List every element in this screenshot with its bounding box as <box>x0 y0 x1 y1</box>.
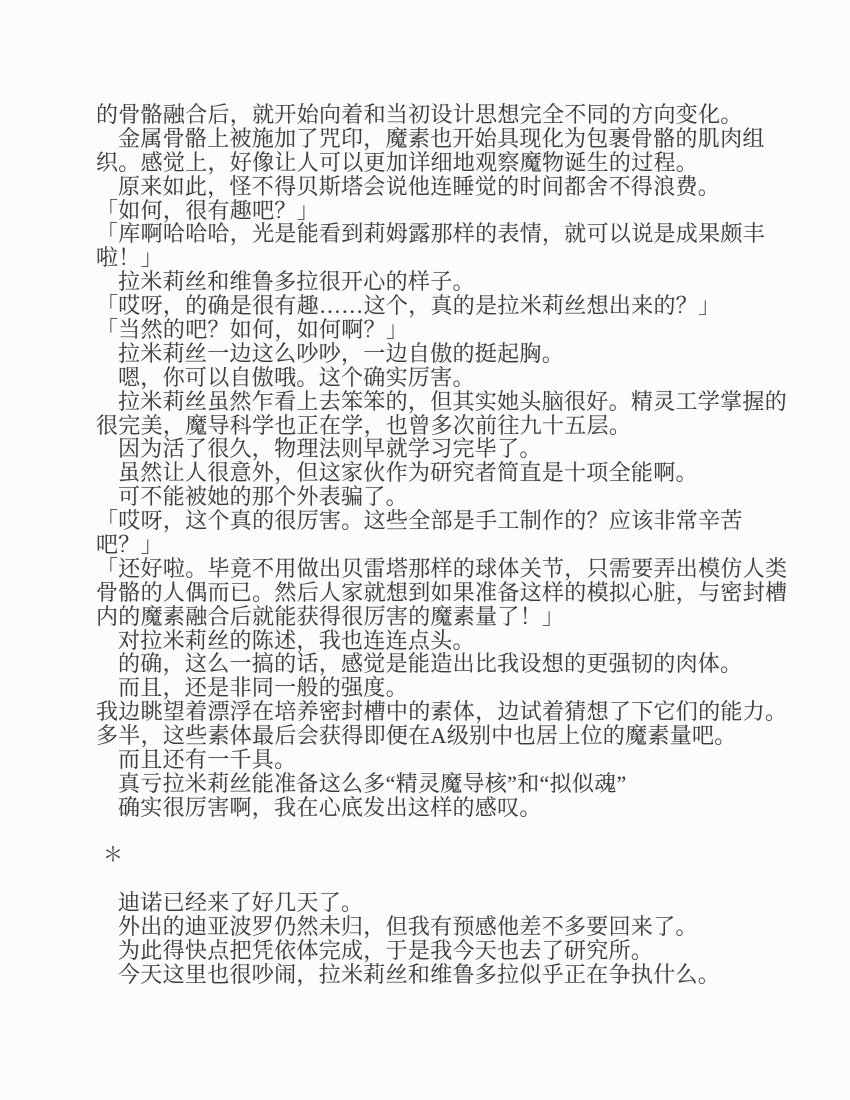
text-line: 对拉米莉丝的陈述，我也连连点头。 <box>96 629 756 653</box>
blank-line <box>96 868 756 892</box>
text-line: 的确，这么一搞的话，感觉是能造出比我设想的更强韧的肉体。 <box>96 652 756 676</box>
text-line: 而且，还是非同一般的强度。 <box>96 676 756 700</box>
text-line: 的骨骼融合后，就开始向着和当初设计思想完全不同的方向变化。 <box>96 103 756 127</box>
text-line: 确实很厉害啊，我在心底发出这样的感叹。 <box>96 796 756 820</box>
text-line: 为此得快点把凭依体完成，于是我今天也去了研究所。 <box>96 939 756 963</box>
text-line: 织。感觉上，好像让人可以更加详细地观察魔物诞生的过程。 <box>96 151 756 175</box>
text-line: 「哎呀，的确是很有趣……这个，真的是拉米莉丝想出来的？」 <box>96 294 756 318</box>
text-line: 真亏拉米莉丝能准备这么多“精灵魔导核”和“拟似魂” <box>96 772 756 796</box>
text-line: 「哎呀，这个真的很厉害。这些全部是手工制作的？应该非常辛苦 <box>96 509 756 533</box>
text-line: 啦！」 <box>96 246 756 270</box>
book-page: 的骨骼融合后，就开始向着和当初设计思想完全不同的方向变化。金属骨骼上被施加了咒印… <box>0 0 850 1100</box>
text-line: 虽然让人很意外，但这家伙作为研究者简直是十项全能啊。 <box>96 461 756 485</box>
text-line: 我边眺望着漂浮在培养密封槽中的素体，边试着猜想了下它们的能力。 <box>96 700 756 724</box>
text-line: 迪诺已经来了好几天了。 <box>96 891 756 915</box>
text-line: 今天这里也很吵闹，拉米莉丝和维鲁多拉似乎正在争执什么。 <box>96 963 756 987</box>
body-text: 的骨骼融合后，就开始向着和当初设计思想完全不同的方向变化。金属骨骼上被施加了咒印… <box>96 103 756 987</box>
blank-line <box>96 820 756 844</box>
text-line: 外出的迪亚波罗仍然未归，但我有预感他差不多要回来了。 <box>96 915 756 939</box>
section-divider: ＊ <box>96 844 756 868</box>
text-line: 「库啊哈哈哈，光是能看到莉姆露那样的表情，就可以说是成果颇丰 <box>96 222 756 246</box>
text-line: 很完美，魔导科学也正在学，也曾多次前往九十五层。 <box>96 414 756 438</box>
text-line: 金属骨骼上被施加了咒印，魔素也开始具现化为包裹骨骼的肌肉组 <box>96 127 756 151</box>
text-line: 而且还有一千具。 <box>96 748 756 772</box>
text-line: 「还好啦。毕竟不用做出贝雷塔那样的球体关节，只需要弄出模仿人类 <box>96 557 756 581</box>
text-line: 因为活了很久，物理法则早就学习完毕了。 <box>96 437 756 461</box>
text-line: 「当然的吧？如何，如何啊？」 <box>96 318 756 342</box>
text-line: 骨骼的人偶而已。然后人家就想到如果准备这样的模拟心脏，与密封槽 <box>96 581 756 605</box>
text-line: 可不能被她的那个外表骗了。 <box>96 485 756 509</box>
text-line: 「如何，很有趣吧？」 <box>96 199 756 223</box>
text-line: 拉米莉丝虽然乍看上去笨笨的，但其实她头脑很好。精灵工学掌握的 <box>96 390 756 414</box>
text-line: 拉米莉丝和维鲁多拉很开心的样子。 <box>96 270 756 294</box>
text-line: 多半，这些素体最后会获得即便在A级别中也居上位的魔素量吧。 <box>96 724 756 748</box>
text-line: 拉米莉丝一边这么吵吵，一边自傲的挺起胸。 <box>96 342 756 366</box>
text-line: 嗯，你可以自傲哦。这个确实厉害。 <box>96 366 756 390</box>
text-line: 内的魔素融合后就能获得很厉害的魔素量了！」 <box>96 605 756 629</box>
text-line: 吧？」 <box>96 533 756 557</box>
text-line: 原来如此，怪不得贝斯塔会说他连睡觉的时间都舍不得浪费。 <box>96 175 756 199</box>
